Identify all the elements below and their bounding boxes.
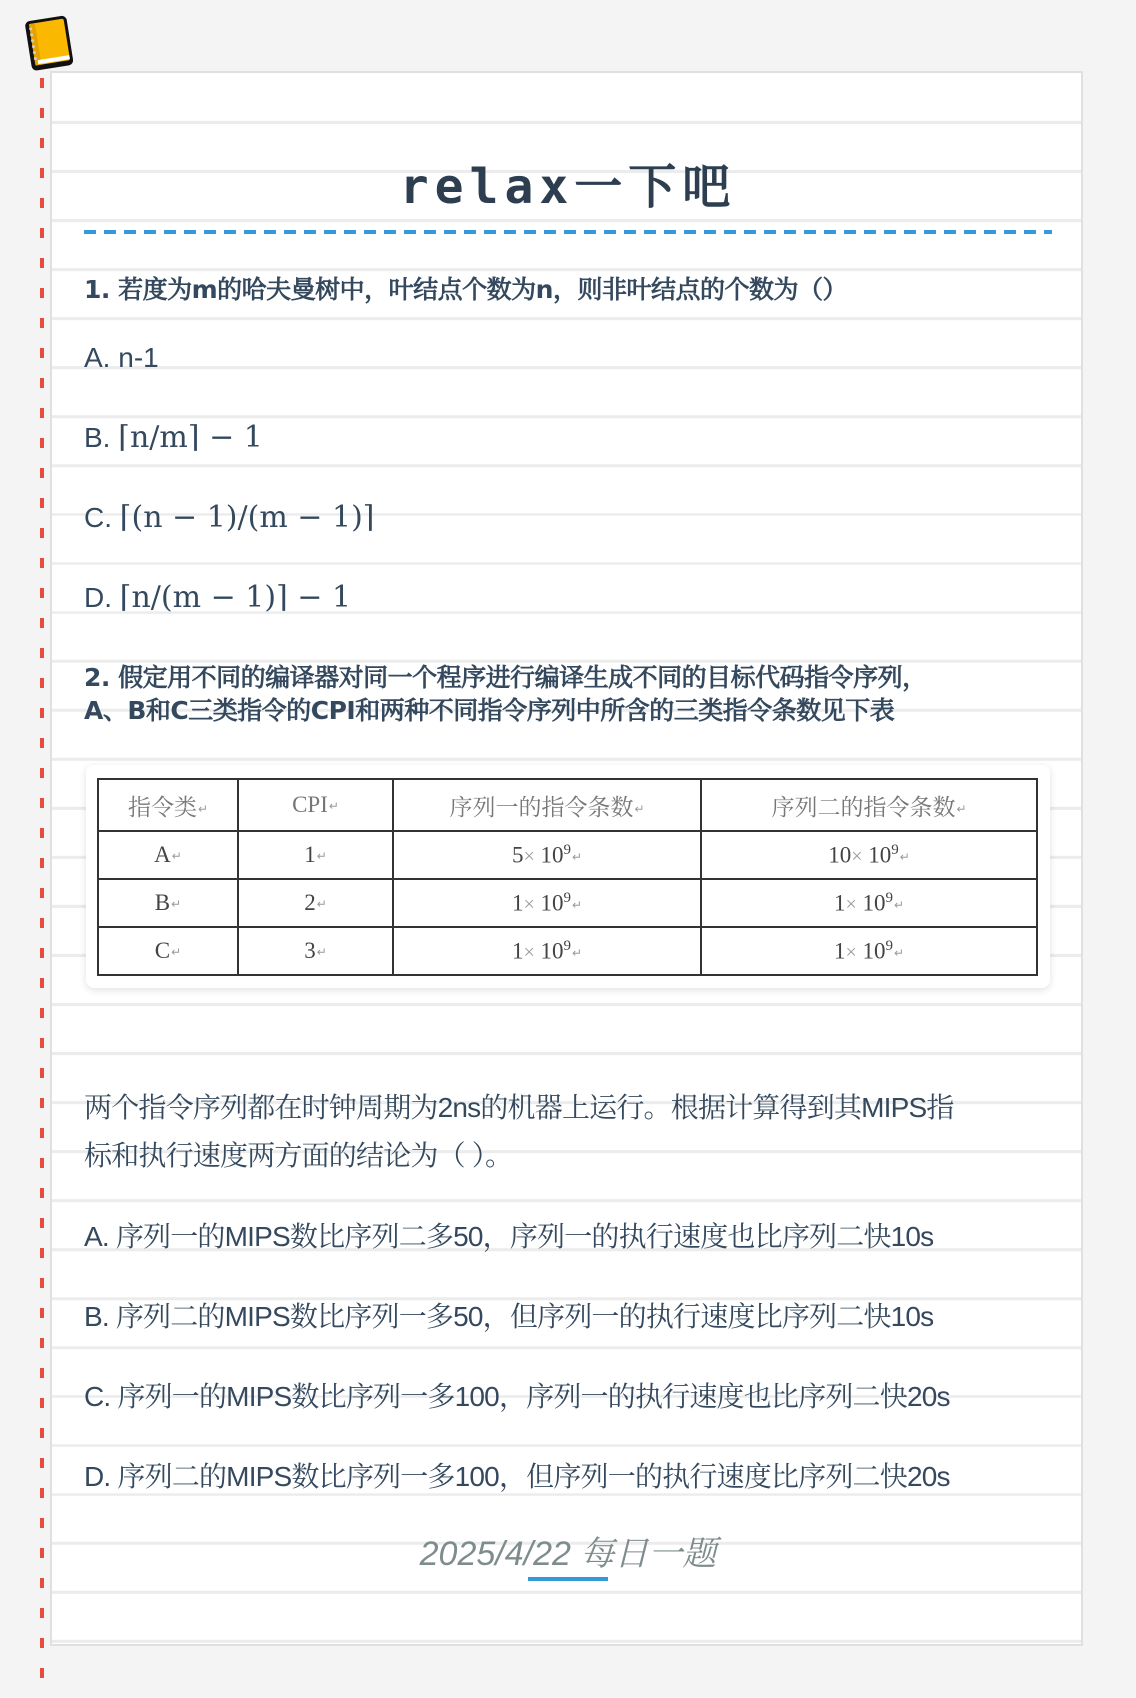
question-1-title: 1. 若度为m的哈夫曼树中，叶结点个数为n，则非叶结点的个数为（）: [84, 270, 847, 306]
q2-option-b: B. 序列二的MIPS数比序列一多50，但序列一的执行速度比序列二快10s: [84, 1295, 933, 1335]
page-title: relax一下吧: [0, 148, 1136, 217]
q2-option-c: C. 序列一的MIPS数比序列一多100，序列一的执行速度也比序列二快20s: [84, 1375, 950, 1415]
q1-option-b: B. ⌈n/m⌉ − 1: [84, 420, 263, 455]
option-label: C.: [84, 502, 112, 533]
question-2-paragraph-line2: 标和执行速度两方面的结论为（ ）。: [84, 1134, 512, 1174]
question-2-paragraph-line1: 两个指令序列都在时钟周期为2ns的机器上运行。根据计算得到其MIPS指: [84, 1086, 954, 1126]
option-math: ⌈n/m⌉ − 1: [118, 420, 263, 455]
instruction-table-card: 指令类↵ CPI↵ 序列一的指令条数↵ 序列二的指令条数↵ A↵ 1↵ 5× 1…: [86, 765, 1050, 988]
option-label: D.: [84, 582, 112, 613]
option-label: A.: [84, 342, 110, 373]
table-header-cell: 序列一的指令条数↵: [393, 779, 701, 831]
title-divider: [84, 230, 1052, 234]
notebook-margin-line: [40, 78, 44, 1698]
table-header-row: 指令类↵ CPI↵ 序列一的指令条数↵ 序列二的指令条数↵: [98, 779, 1037, 831]
table-header-cell: 指令类↵: [98, 779, 238, 831]
q1-option-d: D. ⌈n/(m − 1)⌉ − 1: [84, 580, 351, 615]
notebook-icon: [22, 12, 78, 72]
option-text: n-1: [118, 342, 158, 373]
table-row: C↵ 3↵ 1× 109↵ 1× 109↵: [98, 927, 1037, 975]
footer-date: 2025/4/22 每日一题: [0, 1526, 1136, 1575]
table-row: B↵ 2↵ 1× 109↵ 1× 109↵: [98, 879, 1037, 927]
option-math: ⌈(n − 1)/(m − 1)⌉: [120, 500, 375, 535]
q2-option-d: D. 序列二的MIPS数比序列一多100，但序列一的执行速度比序列二快20s: [84, 1455, 950, 1495]
q2-option-a: A. 序列一的MIPS数比序列二多50，序列一的执行速度也比序列二快10s: [84, 1215, 933, 1255]
q1-option-c: C. ⌈(n − 1)/(m − 1)⌉: [84, 500, 374, 535]
instruction-table: 指令类↵ CPI↵ 序列一的指令条数↵ 序列二的指令条数↵ A↵ 1↵ 5× 1…: [97, 778, 1038, 976]
question-2-title-line2: A、B和C三类指令的CPI和两种不同指令序列中所含的三类指令条数见下表: [84, 691, 894, 727]
table-header-cell: 序列二的指令条数↵: [701, 779, 1037, 831]
q1-option-a: A. n-1: [84, 342, 159, 374]
table-header-cell: CPI↵: [238, 779, 393, 831]
option-label: B.: [84, 422, 110, 453]
option-math: ⌈n/(m − 1)⌉ − 1: [120, 580, 351, 615]
footer-accent-bar: [528, 1577, 608, 1581]
question-2-title-line1: 2. 假定用不同的编译器对同一个程序进行编译生成不同的目标代码指令序列，: [84, 658, 927, 694]
table-row: A↵ 1↵ 5× 109↵ 10× 109↵: [98, 831, 1037, 879]
